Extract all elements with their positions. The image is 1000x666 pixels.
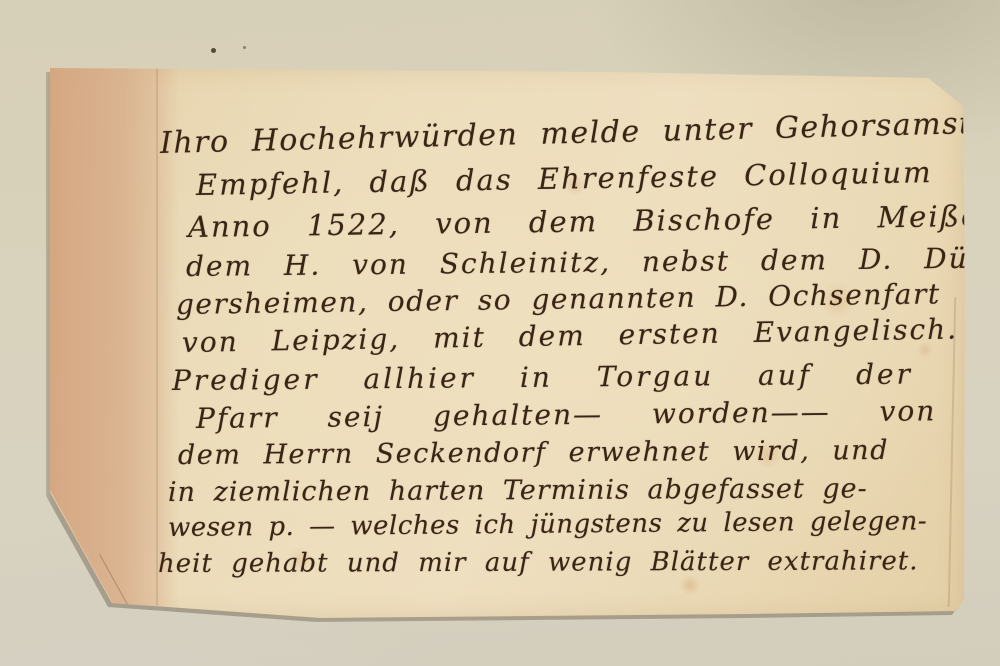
handwriting-line: dem Herrn Seckendorf erwehnet wird, und — [178, 435, 889, 471]
handwriting-line: von Leipzig, mit dem ersten Evangelisch. — [182, 312, 959, 359]
dust-speck — [243, 46, 246, 49]
manuscript-paper: Ihro Hochehrwürden melde unter Gehorsams… — [48, 62, 968, 622]
handwriting-line: Empfehl, daß das Ehrenfeste Colloquium — [196, 155, 933, 202]
handwriting-line: in ziemlichen harten Terminis abgefasset… — [168, 473, 868, 508]
handwriting-line: Pfarr seij gehalten— worden—— von — [196, 394, 937, 435]
handwriting-block: Ihro Hochehrwürden melde unter Gehorsams… — [48, 62, 968, 622]
handwriting-line: Ihro Hochehrwürden melde unter Gehorsams… — [160, 105, 1000, 161]
handwriting-line: Anno 1522, von dem Bischofe in Meißen — [188, 199, 1000, 244]
handwriting-line: Prediger allhier in Torgau auf der — [172, 358, 913, 397]
handwriting-line: heit gehabt und mir auf wenig Blätter ex… — [158, 546, 919, 579]
manuscript-photo: Ihro Hochehrwürden melde unter Gehorsams… — [0, 0, 1000, 666]
dust-speck — [211, 48, 216, 53]
handwriting-line: dem H. von Schleinitz, nebst dem D. Dün- — [186, 241, 1000, 283]
handwriting-line: wesen p. — welches ich jüngstens zu lese… — [168, 506, 927, 543]
